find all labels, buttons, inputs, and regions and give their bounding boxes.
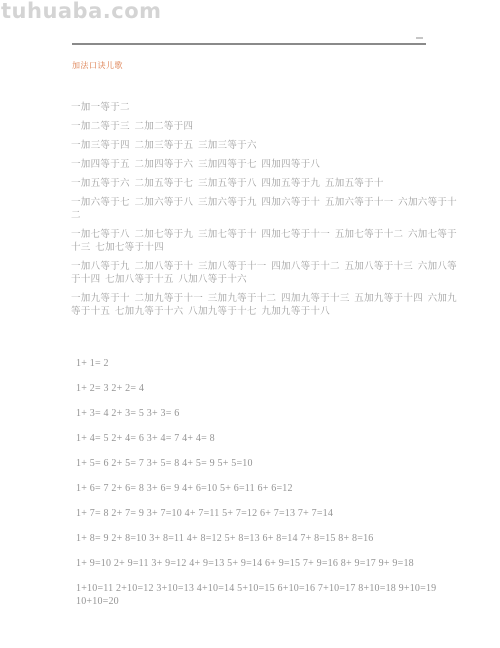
rhyme-section: 一加一等于二 一加二等于三 二加二等于四 一加三等于四 二加三等于五 三加三等于… (71, 102, 441, 325)
document-page: tuhuaba.com 加法口诀儿歌 一加一等于二 一加二等于三 二加二等于四 … (0, 0, 500, 648)
equation-line: 1+ 6= 7 2+ 6= 8 3+ 6= 9 4+ 6=10 5+ 6=11 … (76, 482, 436, 495)
equation-line: 1+ 7= 8 2+ 7= 9 3+ 7=10 4+ 7=11 5+ 7=12 … (76, 507, 436, 520)
rhyme-line: 一加一等于二 (71, 102, 441, 115)
rhyme-paragraph: 一加一等于二 (71, 102, 441, 115)
rhyme-paragraph: 一加九等于十 二加九等于十一 三加九等于十二 四加九等于十三 五加九等于十四 六… (71, 293, 441, 319)
equation-paragraph: 1+ 7= 8 2+ 7= 9 3+ 7=10 4+ 7=11 5+ 7=12 … (76, 507, 436, 520)
rhyme-line: 一加三等于四 二加三等于五 三加三等于六 (71, 140, 441, 153)
equation-paragraph: 1+ 4= 5 2+ 4= 6 3+ 4= 7 4+ 4= 8 (76, 432, 436, 445)
equation-paragraph: 1+ 8= 9 2+ 8=10 3+ 8=11 4+ 8=12 5+ 8=13 … (76, 532, 436, 545)
equation-line: 1+ 1= 2 (76, 357, 436, 370)
rhyme-line: 一加七等于八 二加七等于九 三加七等于十 四加七等于十一 五加七等于十二 六加七… (71, 229, 441, 242)
rhyme-paragraph: 一加七等于八 二加七等于九 三加七等于十 四加七等于十一 五加七等于十二 六加七… (71, 229, 441, 255)
equation-line: 1+ 4= 5 2+ 4= 6 3+ 4= 7 4+ 4= 8 (76, 432, 436, 445)
rhyme-line: 一加二等于三 二加二等于四 (71, 121, 441, 134)
rhyme-paragraph: 一加五等于六 二加五等于七 三加五等于八 四加五等于九 五加五等于十 (71, 178, 441, 191)
equation-paragraph: 1+ 6= 7 2+ 6= 8 3+ 6= 9 4+ 6=10 5+ 6=11 … (76, 482, 436, 495)
equation-paragraph: 1+ 9=10 2+ 9=11 3+ 9=12 4+ 9=13 5+ 9=14 … (76, 557, 436, 570)
equation-line: 1+10=11 2+10=12 3+10=13 4+10=14 5+10=15 … (76, 582, 436, 595)
equation-line: 1+ 2= 3 2+ 2= 4 (76, 382, 436, 395)
rhyme-line: 一加五等于六 二加五等于七 三加五等于八 四加五等于九 五加五等于十 (71, 178, 441, 191)
equations-section: 1+ 1= 2 1+ 2= 3 2+ 2= 4 1+ 3= 4 2+ 3= 5 … (76, 357, 436, 620)
rhyme-line: 一加六等于七 二加六等于八 三加六等于九 四加六等于十 五加六等于十一 六加六等… (71, 197, 441, 210)
rhyme-line: 一加九等于十 二加九等于十一 三加九等于十二 四加九等于十三 五加九等于十四 六… (71, 293, 441, 306)
rhyme-line: 二 (71, 210, 441, 223)
rhyme-paragraph: 一加二等于三 二加二等于四 (71, 121, 441, 134)
equation-paragraph: 1+ 5= 6 2+ 5= 7 3+ 5= 8 4+ 5= 9 5+ 5=10 (76, 457, 436, 470)
rhyme-paragraph: 一加六等于七 二加六等于八 三加六等于九 四加六等于十 五加六等于十一 六加六等… (71, 197, 441, 223)
rhyme-line: 十三 七加七等于十四 (71, 242, 441, 255)
equation-paragraph: 1+ 3= 4 2+ 3= 5 3+ 3= 6 (76, 407, 436, 420)
equation-line: 1+ 5= 6 2+ 5= 7 3+ 5= 8 4+ 5= 9 5+ 5=10 (76, 457, 436, 470)
rhyme-paragraph: 一加八等于九 二加八等于十 三加八等于十一 四加八等于十二 五加八等于十三 六加… (71, 261, 441, 287)
rhyme-line: 一加四等于五 二加四等于六 三加四等于七 四加四等于八 (71, 159, 441, 172)
equation-line: 1+ 8= 9 2+ 8=10 3+ 8=11 4+ 8=12 5+ 8=13 … (76, 532, 436, 545)
equation-line: 1+ 3= 4 2+ 3= 5 3+ 3= 6 (76, 407, 436, 420)
rhyme-paragraph: 一加四等于五 二加四等于六 三加四等于七 四加四等于八 (71, 159, 441, 172)
rhyme-line: 于十四 七加八等于十五 八加八等于十六 (71, 274, 441, 287)
site-watermark: tuhuaba.com (1, 0, 162, 23)
page-title: 加法口诀儿歌 (72, 61, 123, 71)
rhyme-line: 一加八等于九 二加八等于十 三加八等于十一 四加八等于十二 五加八等于十三 六加… (71, 261, 441, 274)
equation-paragraph: 1+ 2= 3 2+ 2= 4 (76, 382, 436, 395)
equation-paragraph: 1+10=11 2+10=12 3+10=13 4+10=14 5+10=15 … (76, 582, 436, 608)
equation-line: 10+10=20 (76, 595, 436, 608)
header-rule (72, 43, 426, 45)
page-corner-mark (416, 37, 423, 39)
rhyme-line: 等于十五 七加九等于十六 八加九等于十七 九加九等于十八 (71, 306, 441, 319)
equation-line: 1+ 9=10 2+ 9=11 3+ 9=12 4+ 9=13 5+ 9=14 … (76, 557, 436, 570)
equation-paragraph: 1+ 1= 2 (76, 357, 436, 370)
rhyme-paragraph: 一加三等于四 二加三等于五 三加三等于六 (71, 140, 441, 153)
